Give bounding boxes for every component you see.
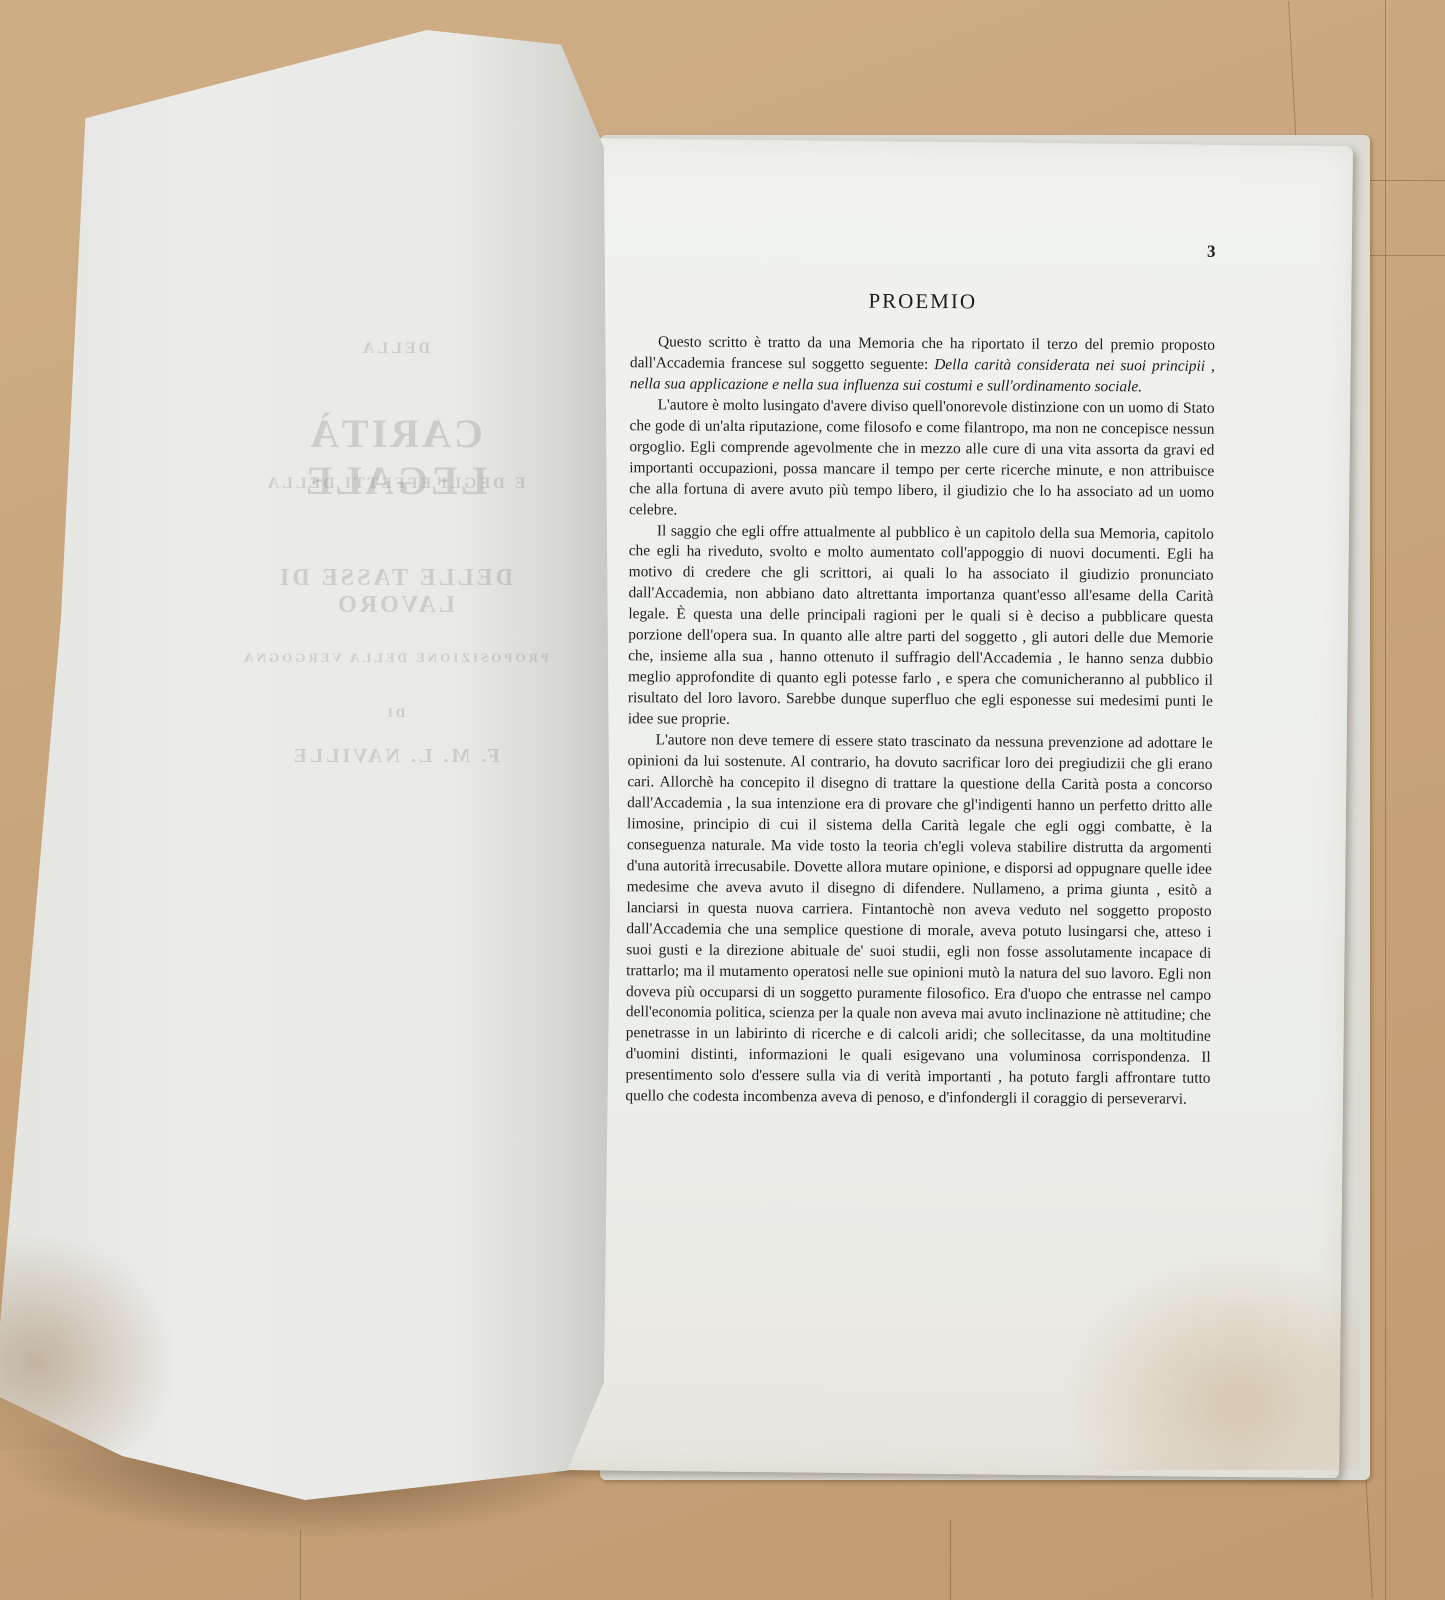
desk-grain-line	[950, 1520, 951, 1600]
water-stain	[1060, 1250, 1360, 1470]
paragraph: Il saggio che egli offre attualmente al …	[628, 521, 1214, 734]
right-page-text: 3 PROEMIO Questo scritto è tratto da una…	[625, 238, 1215, 1111]
paragraph: Questo scritto è tratto da una Memoria c…	[630, 332, 1215, 398]
desk-grain-line	[1360, 255, 1445, 256]
desk-grain-line	[1360, 180, 1445, 181]
ghost-line: PROPOSIZIONE DELLA VERGOGNA	[230, 650, 560, 666]
desk-grain-line	[1385, 0, 1386, 1600]
page-number: 3	[1207, 242, 1216, 263]
ghost-line: DI	[230, 705, 560, 721]
ghost-line: E DEGLI EFFETTI DELLA	[230, 475, 560, 493]
desk-grain-line	[300, 1530, 301, 1600]
paragraph: L'autore è molto lusingato d'avere divis…	[629, 395, 1215, 524]
chapter-title: PROEMIO	[630, 289, 1215, 314]
ghost-line: DELLE TASSE DI LAVORO	[230, 565, 560, 619]
ghost-line: DELLA	[230, 340, 560, 358]
ghost-line: F. M. L. NAVILLE	[230, 745, 560, 768]
paragraph: L'autore non deve temere di essere stato…	[625, 730, 1212, 1111]
water-stain	[0, 1230, 180, 1450]
